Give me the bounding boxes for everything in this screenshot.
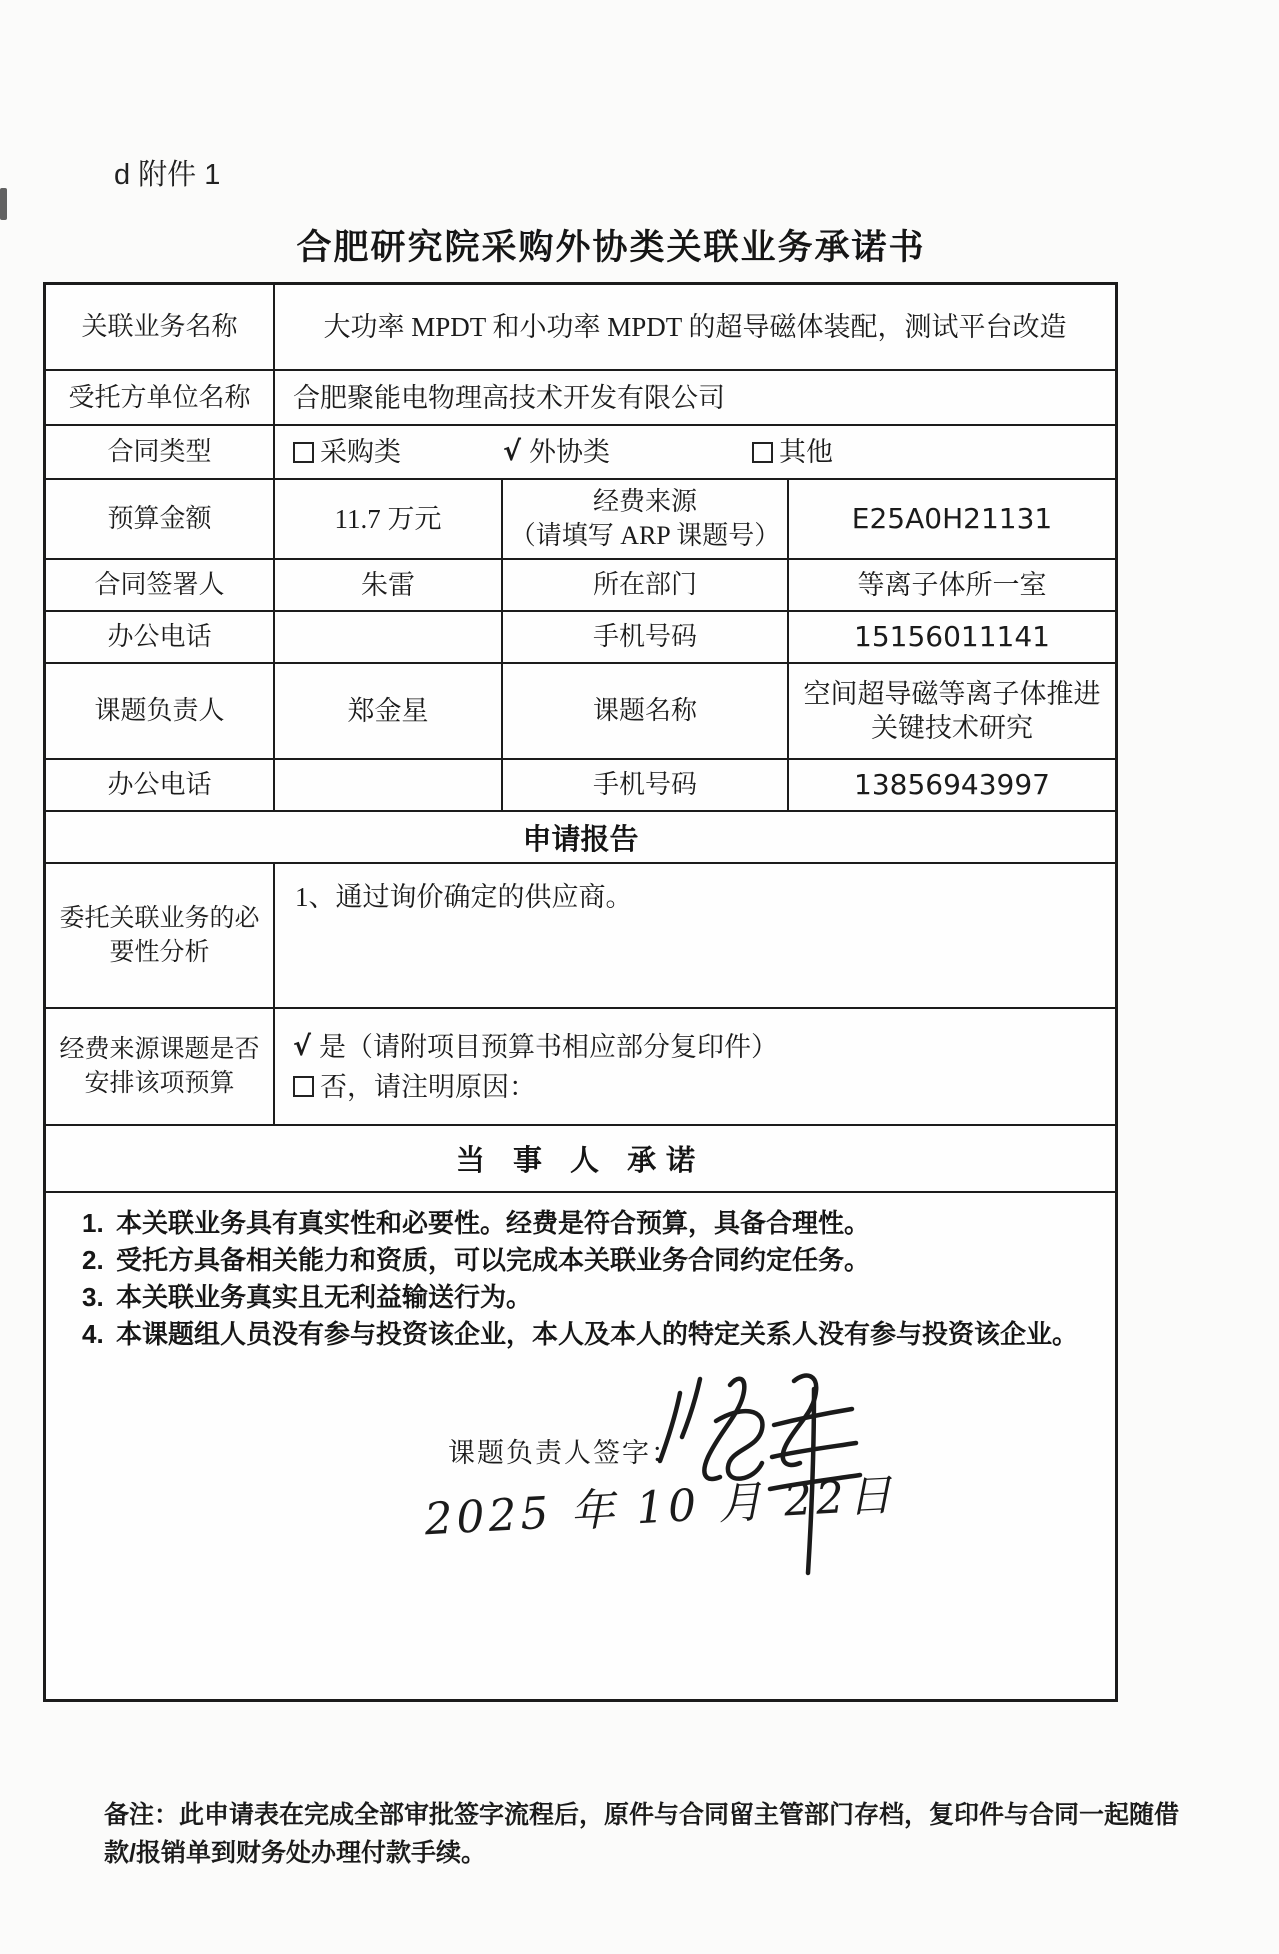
necessity-value: 1、通过询价确定的供应商。 — [275, 864, 1115, 1007]
signer-label: 合同签署人 — [46, 560, 275, 610]
checkbox-unchecked-icon — [293, 442, 314, 463]
budget-arranged-yes: √ 是（请附项目预算书相应部分复印件） — [293, 1030, 778, 1064]
promise-num: 3. — [82, 1279, 116, 1316]
office-phone-2-label: 办公电话 — [46, 760, 275, 810]
option-other: 其他 — [752, 435, 833, 469]
promise-list: 1. 本关联业务具有真实性和必要性。经费是符合预算，具备合理性。 2. 受托方具… — [46, 1193, 1115, 1353]
option-purchase-label: 采购类 — [320, 435, 401, 469]
option-outsourcing-label: 外协类 — [529, 435, 610, 469]
check-mark-icon: √ — [293, 1030, 311, 1064]
row-budget: 预算金额 11.7 万元 经费来源 （请填写 ARP 课题号） E25A0H21… — [46, 480, 1115, 560]
mobile-2-value: 13856943997 — [789, 760, 1115, 810]
trustee-value: 合肥聚能电物理高技术开发有限公司 — [275, 371, 1115, 424]
promise-item: 4. 本课题组人员没有参与投资该企业，本人及本人的特定关系人没有参与投资该企业。 — [82, 1316, 1095, 1353]
row-leader: 课题负责人 郑金星 课题名称 空间超导磁等离子体推进关键技术研究 — [46, 664, 1115, 760]
dept-label: 所在部门 — [503, 560, 789, 610]
scan-artifact — [0, 188, 7, 220]
row-budget-arranged: 经费来源课题是否安排该项预算 √ 是（请附项目预算书相应部分复印件） 否，请注明… — [46, 1009, 1115, 1126]
promise-text: 受托方具备相关能力和资质，可以完成本关联业务合同约定任务。 — [116, 1242, 1095, 1279]
budget-arranged-label: 经费来源课题是否安排该项预算 — [46, 1009, 275, 1124]
promise-item: 2. 受托方具备相关能力和资质，可以完成本关联业务合同约定任务。 — [82, 1242, 1095, 1279]
dept-value: 等离子体所一室 — [789, 560, 1115, 610]
business-name-label: 关联业务名称 — [46, 285, 275, 369]
mobile-2-label: 手机号码 — [503, 760, 789, 810]
promise-num: 2. — [82, 1242, 116, 1279]
row-business-name: 关联业务名称 大功率 MPDT 和小功率 MPDT 的超导磁体装配，测试平台改造 — [46, 285, 1115, 371]
funding-label: 经费来源 （请填写 ARP 课题号） — [503, 480, 789, 558]
promise-text: 本关联业务具有真实性和必要性。经费是符合预算，具备合理性。 — [116, 1205, 1095, 1242]
promise-header: 当 事 人 承诺 — [46, 1126, 1115, 1191]
checkbox-unchecked-icon — [293, 1076, 314, 1097]
promises-cell: 1. 本关联业务具有真实性和必要性。经费是符合预算，具备合理性。 2. 受托方具… — [46, 1193, 1115, 1699]
promise-num: 1. — [82, 1205, 116, 1242]
leader-value: 郑金星 — [275, 664, 503, 758]
funding-label-line2: （请填写 ARP 课题号） — [510, 519, 781, 553]
attachment-label: d 附件 1 — [114, 152, 220, 193]
commitment-form-table: 关联业务名称 大功率 MPDT 和小功率 MPDT 的超导磁体装配，测试平台改造… — [43, 282, 1118, 1702]
footer-note: 备注：此申请表在完成全部审批签字流程后，原件与合同留主管部门存档，复印件与合同一… — [104, 1796, 1192, 1872]
check-mark-icon: √ — [503, 435, 521, 469]
row-promises: 1. 本关联业务具有真实性和必要性。经费是符合预算，具备合理性。 2. 受托方具… — [46, 1193, 1115, 1699]
row-office-phone-2: 办公电话 手机号码 13856943997 — [46, 760, 1115, 812]
leader-label: 课题负责人 — [46, 664, 275, 758]
funding-value: E25A0H21131 — [789, 480, 1115, 558]
row-promise-header: 当 事 人 承诺 — [46, 1126, 1115, 1193]
contract-type-options: 采购类 √ 外协类 其他 — [275, 426, 1115, 478]
mobile-1-value: 15156011141 — [789, 612, 1115, 662]
promise-item: 1. 本关联业务具有真实性和必要性。经费是符合预算，具备合理性。 — [82, 1205, 1095, 1242]
option-purchase: 采购类 — [293, 435, 401, 469]
promise-num: 4. — [82, 1316, 116, 1353]
budget-arranged-no: 否，请注明原因： — [293, 1070, 536, 1104]
trustee-label: 受托方单位名称 — [46, 371, 275, 424]
budget-arranged-no-text: 否，请注明原因： — [320, 1070, 536, 1104]
row-signer: 合同签署人 朱雷 所在部门 等离子体所一室 — [46, 560, 1115, 612]
row-trustee: 受托方单位名称 合肥聚能电物理高技术开发有限公司 — [46, 371, 1115, 426]
option-outsourcing: √ 外协类 — [503, 435, 610, 469]
scanned-form-page: { "page": { "attachment": "d 附件 1", "tit… — [0, 0, 1279, 1954]
handwritten-signature — [646, 1361, 876, 1591]
necessity-label: 委托关联业务的必要性分析 — [46, 864, 275, 1007]
option-other-label: 其他 — [779, 435, 833, 469]
budget-arranged-value: √ 是（请附项目预算书相应部分复印件） 否，请注明原因： — [275, 1009, 1115, 1124]
project-label: 课题名称 — [503, 664, 789, 758]
office-phone-2-value — [275, 760, 503, 810]
row-office-phone-1: 办公电话 手机号码 15156011141 — [46, 612, 1115, 664]
office-phone-1-value — [275, 612, 503, 662]
office-phone-1-label: 办公电话 — [46, 612, 275, 662]
promise-item: 3. 本关联业务真实且无利益输送行为。 — [82, 1279, 1095, 1316]
checkbox-unchecked-icon — [752, 442, 773, 463]
funding-label-line1: 经费来源 — [510, 485, 781, 519]
row-application-report-header: 申请报告 — [46, 812, 1115, 864]
application-report-header: 申请报告 — [46, 812, 1115, 862]
mobile-1-label: 手机号码 — [503, 612, 789, 662]
row-contract-type: 合同类型 采购类 √ 外协类 其他 — [46, 426, 1115, 480]
contract-type-label: 合同类型 — [46, 426, 275, 478]
budget-label: 预算金额 — [46, 480, 275, 558]
row-necessity: 委托关联业务的必要性分析 1、通过询价确定的供应商。 — [46, 864, 1115, 1009]
budget-value: 11.7 万元 — [275, 480, 503, 558]
budget-arranged-yes-text: 是（请附项目预算书相应部分复印件） — [319, 1030, 778, 1064]
promise-text: 本课题组人员没有参与投资该企业，本人及本人的特定关系人没有参与投资该企业。 — [116, 1316, 1095, 1353]
business-name-value: 大功率 MPDT 和小功率 MPDT 的超导磁体装配，测试平台改造 — [275, 285, 1115, 369]
page-title: 合肥研究院采购外协类关联业务承诺书 — [0, 220, 1222, 270]
signer-value: 朱雷 — [275, 560, 503, 610]
promise-text: 本关联业务真实且无利益输送行为。 — [116, 1279, 1095, 1316]
project-value: 空间超导磁等离子体推进关键技术研究 — [789, 664, 1115, 758]
